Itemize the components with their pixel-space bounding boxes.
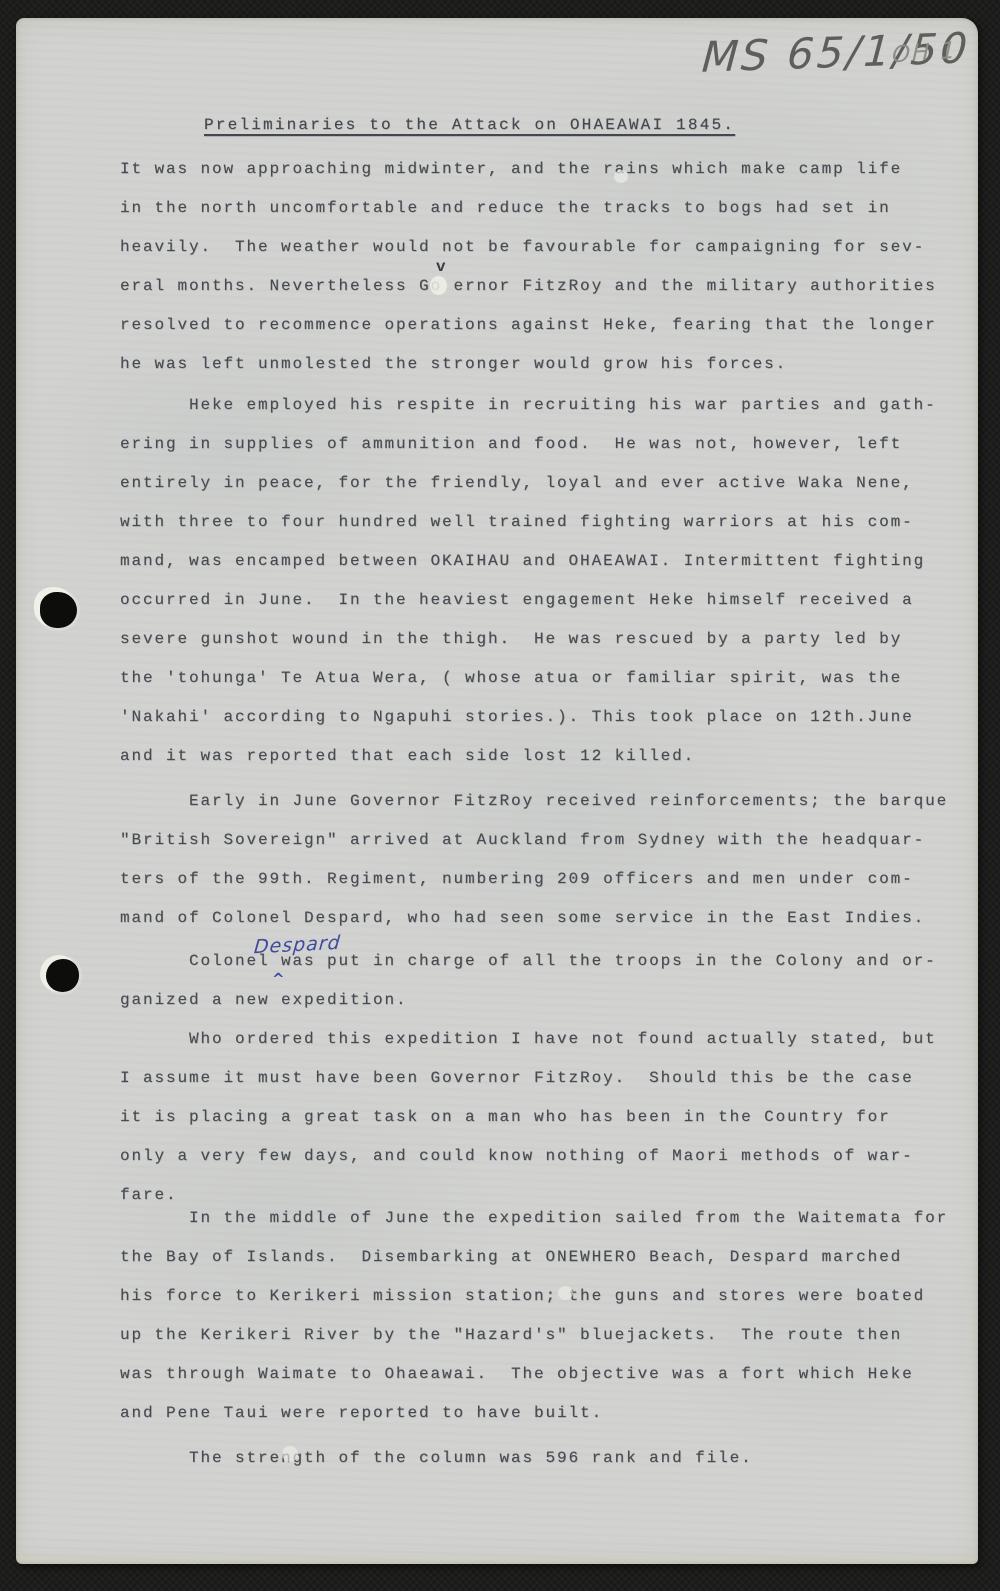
punch-hole-bottom xyxy=(46,959,79,992)
typed-line: ering in supplies of ammunition and food… xyxy=(120,425,948,464)
typed-line: only a very few days, and could know not… xyxy=(120,1137,948,1176)
typed-line: it is placing a great task on a man who … xyxy=(120,1098,948,1137)
typed-line: The strength of the column was 596 rank … xyxy=(120,1439,948,1478)
insertion-caret: ^ xyxy=(272,970,285,988)
handwritten-despard-insertion: Despard xyxy=(253,932,342,959)
typed-line: heavily. The weather would not be favour… xyxy=(120,228,948,267)
typed-line: the 'tohunga' Te Atua Wera, ( whose atua… xyxy=(120,659,948,698)
typed-line: resolved to recommence operations agains… xyxy=(120,306,948,345)
document-page: MS 65/1/50 OH 1 Preliminaries to the Att… xyxy=(16,18,978,1564)
whiteout-blot xyxy=(430,276,447,295)
typed-line: entirely in peace, for the friendly, loy… xyxy=(120,464,948,503)
typed-line: In the middle of June the expedition sai… xyxy=(120,1199,948,1238)
paragraph: In the middle of June the expedition sai… xyxy=(120,1199,948,1433)
typed-line: eral months. Nevertheless Go ernor FitzR… xyxy=(120,267,948,306)
typed-line: in the north uncomfortable and reduce th… xyxy=(120,189,948,228)
typed-line: the Bay of Islands. Disembarking at ONEW… xyxy=(120,1238,948,1277)
typed-line: and it was reported that each side lost … xyxy=(120,737,948,776)
typed-line: with three to four hundred well trained … xyxy=(120,503,948,542)
paragraph: Early in June Governor FitzRoy received … xyxy=(120,782,948,938)
typed-line: "British Sovereign" arrived at Auckland … xyxy=(120,821,948,860)
document-title: Preliminaries to the Attack on OHAEAWAI … xyxy=(204,116,735,134)
typed-line: Early in June Governor FitzRoy received … xyxy=(120,782,948,821)
typed-line: Who ordered this expedition I have not f… xyxy=(120,1020,948,1059)
typed-line: was through Waimate to Ohaeawai. The obj… xyxy=(120,1355,948,1394)
paragraph: It was now approaching midwinter, and th… xyxy=(120,150,948,384)
typed-line: severe gunshot wound in the thigh. He wa… xyxy=(120,620,948,659)
paragraph: Heke employed his respite in recruiting … xyxy=(120,386,948,776)
typed-line: mand of Colonel Despard, who had seen so… xyxy=(120,899,948,938)
typed-line: ters of the 99th. Regiment, numbering 20… xyxy=(120,860,948,899)
typed-line: It was now approaching midwinter, and th… xyxy=(120,150,948,189)
typed-line: and Pene Taui were reported to have buil… xyxy=(120,1394,948,1433)
whiteout-blot xyxy=(614,170,628,183)
typed-line: occurred in June. In the heaviest engage… xyxy=(120,581,948,620)
whiteout-blot xyxy=(558,1286,573,1300)
paragraph: The strength of the column was 596 rank … xyxy=(120,1439,948,1478)
typed-line: I assume it must have been Governor Fitz… xyxy=(120,1059,948,1098)
typed-line: his force to Kerikeri mission station; t… xyxy=(120,1277,948,1316)
typed-v-correction: v xyxy=(436,258,446,276)
photographed-backing-board: { "annotations": { "archive_reference": … xyxy=(0,0,1000,1591)
whiteout-blot xyxy=(282,1446,298,1462)
typed-line: up the Kerikeri River by the "Hazard's" … xyxy=(120,1316,948,1355)
typed-line: Colonel was put in charge of all the tro… xyxy=(120,942,948,981)
typed-line: Heke employed his respite in recruiting … xyxy=(120,386,948,425)
paragraph: Who ordered this expedition I have not f… xyxy=(120,1020,948,1215)
typed-line: mand, was encamped between OKAIHAU and O… xyxy=(120,542,948,581)
typed-line: he was left unmolested the stronger woul… xyxy=(120,345,948,384)
punch-hole-top xyxy=(40,592,77,628)
typed-line: ganized a new expedition. xyxy=(120,981,948,1020)
typed-body: It was now approaching midwinter, and th… xyxy=(120,150,948,1478)
paragraph: Colonel was put in charge of all the tro… xyxy=(120,942,948,1020)
secondary-reference-handwriting: OH 1 xyxy=(892,38,958,69)
typed-line: 'Nakahi' according to Ngapuhi stories.).… xyxy=(120,698,948,737)
